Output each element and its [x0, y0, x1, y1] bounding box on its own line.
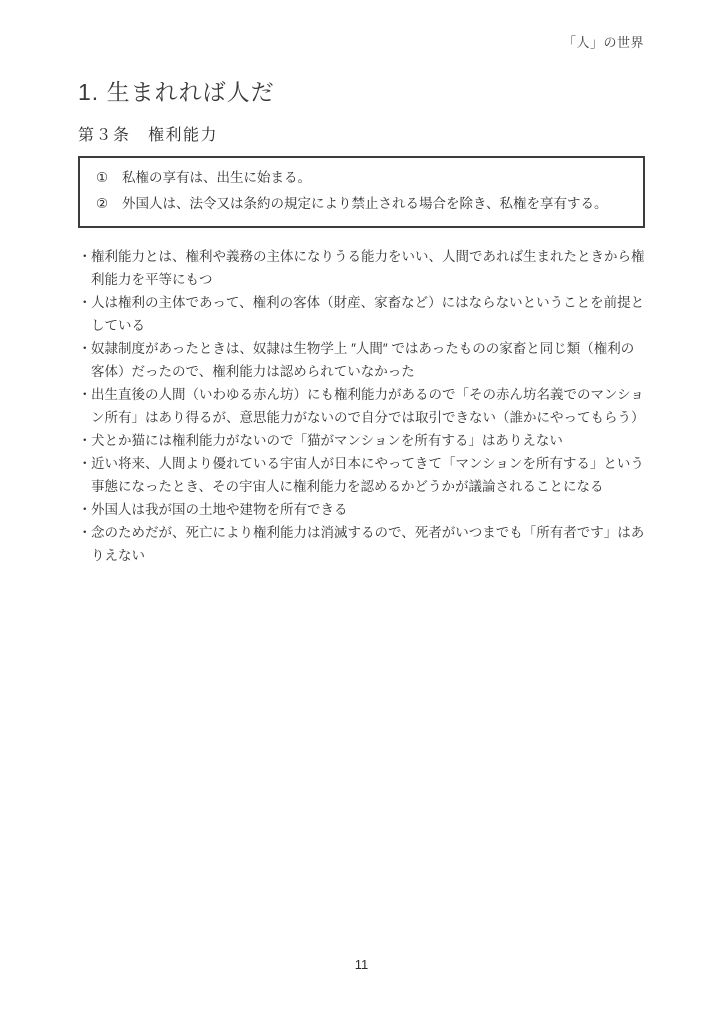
note-text: 外国人は我が国の土地や建物を所有できる [91, 498, 645, 521]
bullet-marker: ・ [78, 521, 91, 567]
list-item: ・ 犬とか猫には権利能力がないので「猫がマンションを所有する」はありえない [78, 429, 645, 452]
list-item: ・ 奴隷制度があったときは、奴隷は生物学上 ″人間″ ではあったものの家畜と同じ… [78, 337, 645, 383]
note-text: 念のためだが、死亡により権利能力は消滅するので、死者がいつまでも「所有者です」は… [91, 521, 645, 567]
notes-list: ・ 権利能力とは、権利や義務の主体になりうる能力をいい、人間であれば生まれたとき… [78, 245, 645, 567]
running-header: 「人」の世界 [563, 32, 644, 51]
page-content: 1. 生まれれば人だ 第３条 権利能力 ① 私権の享有は、出生に始まる。 ② 外… [78, 74, 645, 567]
clause-number: ② [96, 191, 122, 217]
section-heading: 第３条 権利能力 [78, 122, 645, 145]
clause-number: ① [96, 165, 122, 191]
page-number: 11 [0, 957, 723, 972]
bullet-marker: ・ [78, 291, 91, 337]
clause-text: 外国人は、法令又は条約の規定により禁止される場合を除き、私権を享有する。 [122, 191, 631, 217]
bullet-marker: ・ [78, 337, 91, 383]
note-text: 近い将来、人間より優れている宇宙人が日本にやってきて「マンションを所有する」とい… [91, 452, 645, 498]
chapter-title: 1. 生まれれば人だ [78, 74, 645, 107]
note-text: 犬とか猫には権利能力がないので「猫がマンションを所有する」はありえない [91, 429, 645, 452]
list-item: ・ 念のためだが、死亡により権利能力は消滅するので、死者がいつまでも「所有者です… [78, 521, 645, 567]
bullet-marker: ・ [78, 498, 91, 521]
bullet-marker: ・ [78, 429, 91, 452]
note-text: 権利能力とは、権利や義務の主体になりうる能力をいい、人間であれば生まれたときから… [91, 245, 645, 291]
note-text: 奴隷制度があったときは、奴隷は生物学上 ″人間″ ではあったものの家畜と同じ類（… [91, 337, 645, 383]
note-text: 出生直後の人間（いわゆる赤ん坊）にも権利能力があるので「その赤ん坊名義でのマンシ… [91, 383, 645, 429]
bullet-marker: ・ [78, 245, 91, 291]
list-item: ・ 出生直後の人間（いわゆる赤ん坊）にも権利能力があるので「その赤ん坊名義でのマ… [78, 383, 645, 429]
statute-clause: ① 私権の享有は、出生に始まる。 [96, 165, 631, 191]
statute-clause: ② 外国人は、法令又は条約の規定により禁止される場合を除き、私権を享有する。 [96, 191, 631, 217]
list-item: ・ 近い将来、人間より優れている宇宙人が日本にやってきて「マンションを所有する」… [78, 452, 645, 498]
list-item: ・ 外国人は我が国の土地や建物を所有できる [78, 498, 645, 521]
clause-text: 私権の享有は、出生に始まる。 [122, 165, 631, 191]
list-item: ・ 権利能力とは、権利や義務の主体になりうる能力をいい、人間であれば生まれたとき… [78, 245, 645, 291]
bullet-marker: ・ [78, 452, 91, 498]
note-text: 人は権利の主体であって、権利の客体（財産、家畜など）にはならないということを前提… [91, 291, 645, 337]
list-item: ・ 人は権利の主体であって、権利の客体（財産、家畜など）にはならないということを… [78, 291, 645, 337]
statute-box: ① 私権の享有は、出生に始まる。 ② 外国人は、法令又は条約の規定により禁止され… [78, 156, 645, 228]
bullet-marker: ・ [78, 383, 91, 429]
